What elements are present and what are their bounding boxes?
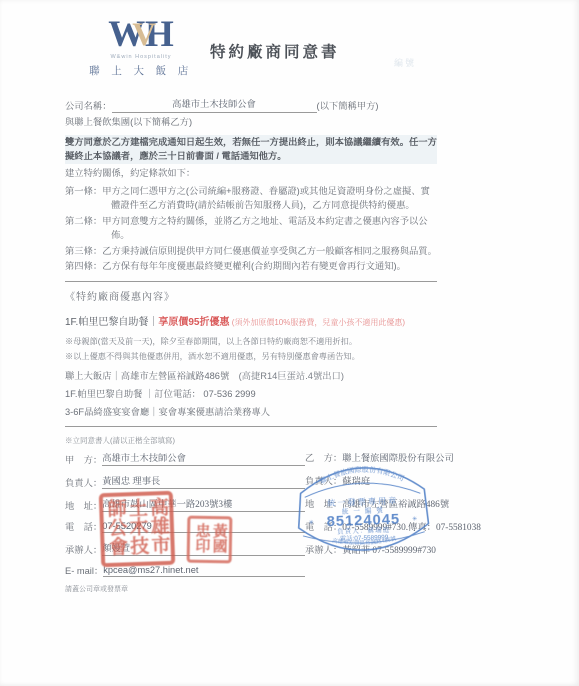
stamp-flank-left: ✳ — [309, 519, 314, 526]
stamp-company-arc: 聯上餐旅國際股份有限公司 — [318, 463, 406, 486]
party-a-email-row: E- mail：kpcea@ms27.hinet.net — [65, 563, 305, 577]
representative-red-seal: 黃國忠印 — [187, 516, 233, 564]
party-a-name-row: 甲 方：高雄市土木技師公會 — [65, 450, 305, 466]
term-1-label: 第一條： — [65, 186, 102, 196]
agreement-body: 公司名稱： 高雄市土木技師公會 (以下簡稱甲方) 與聯上餐飲集團(以下簡稱乙方)… — [65, 98, 437, 273]
header: WVH W&win Hospitality 聯 上 大 飯 店 特約廠商同意書 — [0, 0, 579, 78]
term-4-text: 乙方保有每年年度優惠最終變更權利(合約期間內若有變更會再行文通知)。 — [102, 261, 406, 271]
company-name-value: 高雄市土木技師公會 — [112, 98, 317, 113]
logo-brand-name: 聯 上 大 飯 店 — [86, 63, 196, 78]
term-3: 第三條：乙方秉持誠信原則提供甲方同仁優惠價並享受與乙方一般顧客相同之服務與品質。 — [65, 244, 437, 258]
company-name-suffix: (以下簡稱甲方) — [317, 99, 379, 113]
document-title: 特約廠商同意書 — [210, 40, 340, 62]
party-a-rep-value: 黃國忠 理事長 — [102, 473, 305, 489]
party-a-email-label: E- mail： — [65, 563, 103, 577]
term-4-label: 第四條： — [65, 261, 102, 271]
divider-top — [65, 281, 437, 282]
scanned-agreement-page: WVH W&win Hospitality 聯 上 大 飯 店 特約廠商同意書 … — [0, 0, 579, 686]
representative-seal-text: 黃國忠印 — [192, 522, 227, 557]
term-4: 第四條：乙方保有每年年度優惠最終變更權利(合約期間內若有變更會再行文通知)。 — [65, 259, 437, 273]
effective-clause: 雙方同意於乙方建檔完成通知日起生效，若無任一方提出終止，則本協議繼續有效。任一方… — [65, 135, 437, 164]
party-a-email-value: kpcea@ms27.hinet.net — [103, 565, 305, 577]
hotel-address: 聯上大飯店｜高雄市左營區裕誠路486號 — [65, 371, 229, 381]
party-a-name-value: 高雄市土木技師公會 — [102, 450, 305, 466]
association-red-seal: 高雄市土木技師公會 — [99, 491, 176, 568]
main-offer-condition: (須外加原價10%服務費，兒童小孩不適用此優惠) — [229, 318, 405, 327]
logo-subtitle: W&win Hospitality — [86, 54, 196, 60]
divider-signature — [65, 426, 437, 427]
stamp-flank-right: ✳ — [412, 516, 417, 523]
party-a-address-label: 地 址： — [65, 498, 102, 512]
term-1: 第一條：甲方之同仁憑甲方之(公司統編+服務證、眷屬證)或其他足資證明身份之虛擬、… — [65, 184, 437, 213]
main-offer-venue: 1F.帕里巴黎自助餐｜ — [65, 317, 158, 328]
offers-heading: 《特約廠商優惠內容》 — [65, 288, 465, 303]
party-a-contact-label: 承辦人： — [65, 542, 102, 556]
main-offer-line: 1F.帕里巴黎自助餐｜享原價95折優惠 (須外加原價10%服務費，兒童小孩不適用… — [65, 313, 465, 328]
hotel-metro-note: (高捷R14巨蛋站.4號出口) — [229, 371, 344, 381]
term-2: 第二條：甲方同意雙方之特約關係，並將乙方之地址、電話及本約定書之優惠內容予以公佈… — [65, 214, 437, 243]
company-name-label: 公司名稱： — [65, 99, 112, 113]
hotel-logo: WVH W&win Hospitality 聯 上 大 飯 店 — [86, 16, 196, 78]
hotel-address-line: 聯上大飯店｜高雄市左營區裕誠路486號 (高捷R14巨蛋站.4號出口) — [65, 368, 465, 382]
main-offer-discount: 享原價95折優惠 — [158, 317, 229, 328]
booking-phone-line: 1F.帕里巴黎自助餐 ｜訂位電話： 07-536 2999 — [65, 386, 465, 400]
offer-exclusion-note-1: ※母親節(當天及前一天)，除夕至春節期間，以上各節日特約廠商恕不適用折扣。 — [65, 336, 465, 347]
term-3-label: 第三條： — [65, 246, 102, 256]
term-3-text: 乙方秉持誠信原則提供甲方同仁優惠價並享受與乙方一般顧客相同之服務與品質。 — [102, 246, 437, 256]
logo-monogram: WVH — [86, 16, 196, 53]
offers-section: 《特約廠商優惠內容》 1F.帕里巴黎自助餐｜享原價95折優惠 (須外加原價10%… — [65, 288, 465, 418]
term-1-text: 甲方之同仁憑甲方之(公司統編+服務證、眷屬證)或其他足資證明身份之虛擬、實體證件… — [102, 186, 430, 210]
stamp-invoice-title: 統一發票專用章 — [327, 495, 398, 507]
party-a-rep-label: 負責人： — [65, 475, 102, 489]
term-2-label: 第二條： — [65, 216, 102, 226]
signatories-note: ※立同意書人(請以正楷全部填寫) — [65, 435, 579, 446]
association-seal-text: 高雄市土木技師公會 — [104, 497, 170, 561]
offer-exclusion-note-2: ※以上優惠不得與其他優惠併用，酒水恕不適用優惠，另有特別優惠會專函告知。 — [65, 351, 465, 362]
company-name-row: 公司名稱： 高雄市土木技師公會 (以下簡稱甲方) — [65, 98, 437, 113]
terms-list: 第一條：甲方之同仁憑甲方之(公司統編+服務證、眷屬證)或其他足資證明身份之虛擬、… — [65, 184, 437, 273]
terms-intro: 建立特約關係，約定條款如下： — [65, 166, 437, 180]
party-a-name-label: 甲 方： — [65, 452, 102, 466]
party-a-rep-row: 負責人：黃國忠 理事長 — [65, 473, 305, 489]
term-2-text: 甲方同意雙方之特約關係，並將乙方之地址、電話及本約定書之優惠內容予以公佈。 — [102, 216, 427, 240]
logo-letter-v: V — [132, 17, 156, 53]
company-invoice-stamp: 聯上餐旅國際股份有限公司 統一發票專用章 統 一 編 號 ✳ 85124045 … — [291, 458, 434, 559]
svg-text:聯上餐旅國際股份有限公司: 聯上餐旅國際股份有限公司 — [318, 463, 406, 486]
party-b-intro-line: 與聯上餐飲集團(以下簡稱乙方) — [65, 115, 437, 129]
banquet-line: 3-6F晶綺盛宴宴會廳｜宴會專案優惠請洽業務專人 — [65, 404, 465, 418]
stamp-hint: 請蓋公司章或發票章 — [65, 584, 305, 594]
party-a-phone-label: 電 話： — [65, 519, 102, 533]
faint-serial-label: 編號 — [394, 56, 416, 69]
